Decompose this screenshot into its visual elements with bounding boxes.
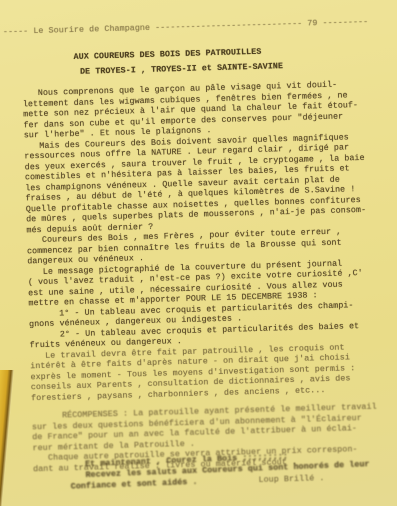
title-line-2: DE TROYES-I , TROYES-II et SAINTE-SAVINE [80, 61, 283, 77]
title-line-1: AUX COUREURS DES BOIS DES PATROUILLES [73, 47, 261, 62]
paper-edge-shadow [0, 370, 14, 506]
signature: Loup Brillé . [258, 473, 324, 485]
header-line: ----- Le Sourire de Champagne ----------… [3, 17, 369, 37]
document-page: ----- Le Sourire de Champagne ----------… [0, 0, 397, 506]
